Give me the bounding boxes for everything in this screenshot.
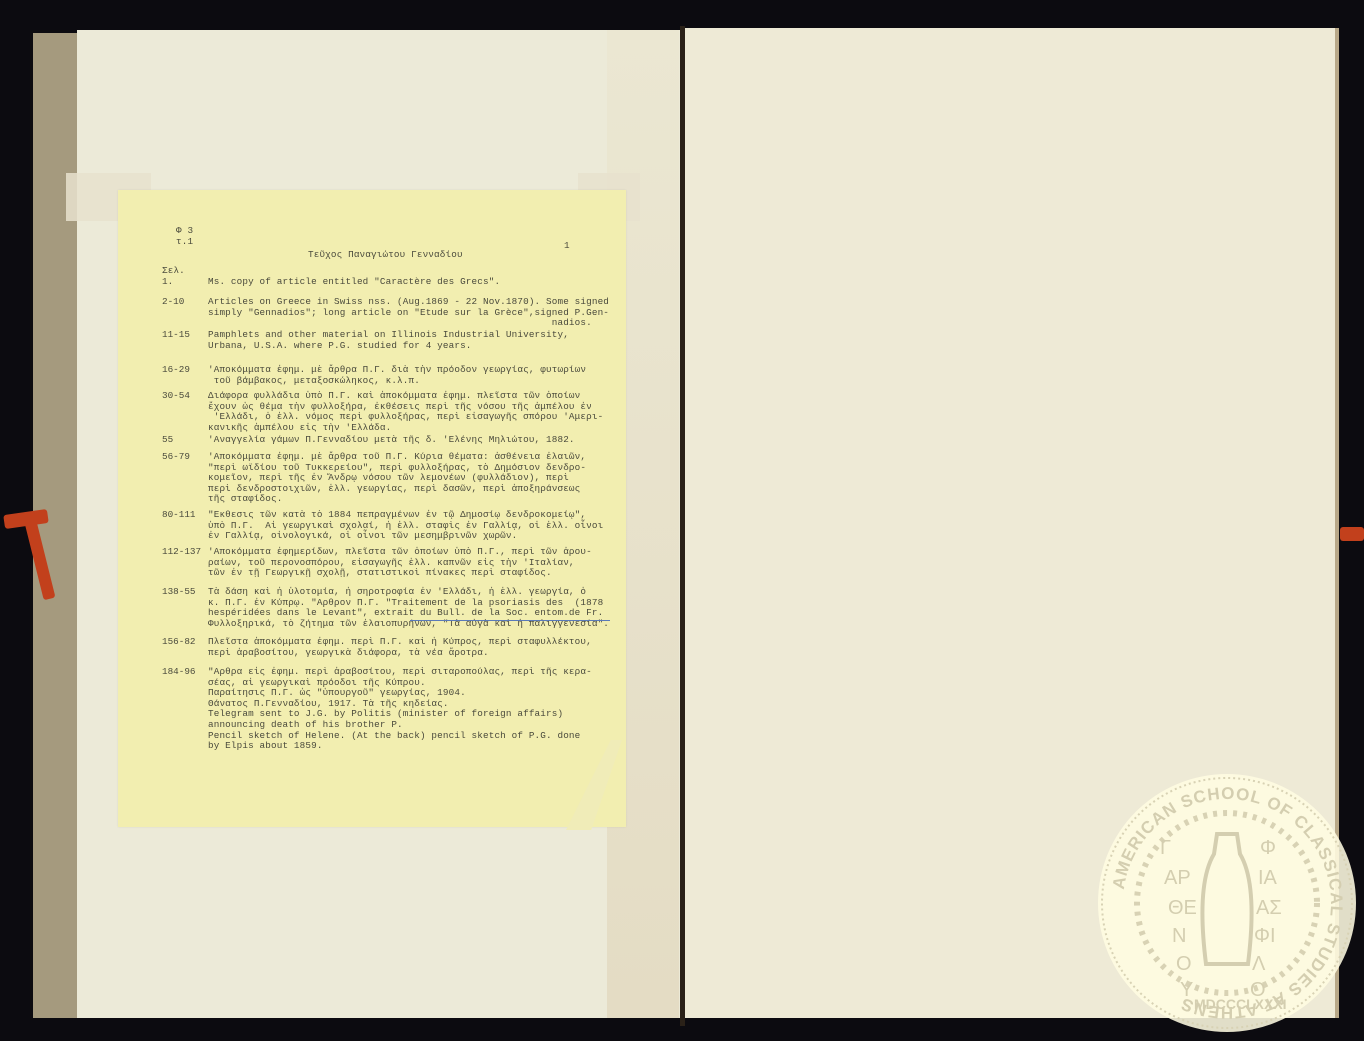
svg-text:Γ: Γ [1160,837,1171,859]
library-stamp: AMERICAN SCHOOL OF CLASSICAL STUDIES AT … [1098,774,1356,1032]
document-title: Τεῦχος Παναγιώτου Γενναδίου [308,250,463,261]
entry-line: ἐν Γαλλίᾳ, οἰνολογικά, οἱ οἶνοι τῶν μεση… [208,531,517,542]
entry-pages: 1. [162,277,173,288]
entry-pages: 112-137 [162,547,201,558]
entry-pages: 138-55 [162,587,195,598]
entry-pages: 184-96 [162,667,195,678]
svg-text:Υ: Υ [1180,979,1193,1001]
handwritten-underline [410,620,610,621]
entry-pages: 156-82 [162,637,195,648]
pages-column-label: Σελ. [162,266,185,277]
entry-line: τῶν ἐν τῇ Γεωργικῇ σχολῇ, στατιστικοὶ πί… [208,568,552,579]
entry-line: by Elpis about 1859. [208,741,323,752]
entry-line: Διάφορα φυλλάδια ὑπὸ Π.Γ. καὶ ἀποκόμματα… [208,391,580,402]
folder-subcode: τ.1 [176,237,193,248]
entry-line: "Αρθρα εἰς ἐφημ. περὶ ἀραβοσίτου, περὶ σ… [208,667,592,678]
entry-line: Articles on Greece in Swiss nss. (Aug.18… [208,297,609,308]
entry-pages: 55 [162,435,173,446]
entry-line: κανικῆς ἀμπέλου εἰς τὴν 'Ελλάδα. [208,423,391,434]
entry-pages: 80-111 [162,510,195,521]
svg-text:MDCCCLXXXI: MDCCCLXXXI [1194,996,1287,1012]
svg-text:Λ: Λ [1252,953,1266,975]
entry-line: Urbana, U.S.A. where P.G. studied for 4 … [208,341,472,352]
entry-pages: 2-10 [162,297,184,308]
entry-line: 'Αποκόμματα ἐφημερίδων, πλεῖστα τῶν ὁποί… [208,547,592,558]
right-ribbon-tie [1340,527,1364,541]
svg-text:ΘΕ: ΘΕ [1168,897,1197,919]
entry-pages: 30-54 [162,391,190,402]
svg-text:ΙΑ: ΙΑ [1258,867,1278,889]
entry-line: announcing death of his brother P. [208,720,403,731]
entry-pages: 56-79 [162,452,190,463]
svg-text:Ο: Ο [1176,953,1192,975]
svg-text:AMERICAN SCHOOL OF CLASSICAL S: AMERICAN SCHOOL OF CLASSICAL STUDIES AT … [1109,784,1346,1022]
typed-index-sheet: Φ 3τ.1Τεῦχος Παναγιώτου Γενναδίου1Σελ.1.… [118,190,626,827]
entry-line: περὶ ἀραβοσίτου, γεωργικὰ διάφορα, τὰ νέ… [208,648,489,659]
entry-line: Pamphlets and other material on Illinois… [208,330,569,341]
entry-line: Ms. copy of article entitled "Caractère … [208,277,500,288]
seal-emblem-icon: AMERICAN SCHOOL OF CLASSICAL STUDIES AT … [1098,774,1356,1032]
entry-line: τῆς σταφίδος. [208,494,282,505]
entry-line: nadios. [208,318,592,329]
page-number: 1 [564,241,570,252]
entry-line: 'Αποκόμματα ἐφημ. μὲ ἄρθρα Π.Γ. διὰ τὴν … [208,365,586,376]
svg-text:ΦΙ: ΦΙ [1254,925,1276,947]
entry-pages: 16-29 [162,365,190,376]
entry-pages: 11-15 [162,330,190,341]
svg-text:Φ: Φ [1260,837,1276,859]
svg-text:Ν: Ν [1172,925,1186,947]
entry-line: Πλεῖστα ἀποκόμματα ἐφημ. περὶ Π.Γ. καὶ ἡ… [208,637,592,648]
folder-code: Φ 3 [176,226,193,237]
entry-line: τοῦ βάμβακος, μεταξοσκώληκος, κ.λ.π. [208,376,420,387]
entry-line: 'Αποκόμματα ἐφημ. μὲ ἄρθρα τοῦ Π.Γ. Κύρι… [208,452,586,463]
entry-line: Τὰ δάση καὶ ἡ ὑλοτομία, ἡ σηροτροφία ἐν … [208,587,586,598]
svg-text:Ο: Ο [1250,979,1266,1001]
entry-line: 'Αναγγελία γάμων Π.Γενναδίου μετὰ τῆς δ.… [208,435,575,446]
svg-text:ΑΣ: ΑΣ [1256,897,1282,919]
entry-line: "Εκθεσις τῶν κατὰ τὸ 1884 πεπραγμένων ἐν… [208,510,586,521]
svg-text:ΑΡ: ΑΡ [1164,867,1191,889]
